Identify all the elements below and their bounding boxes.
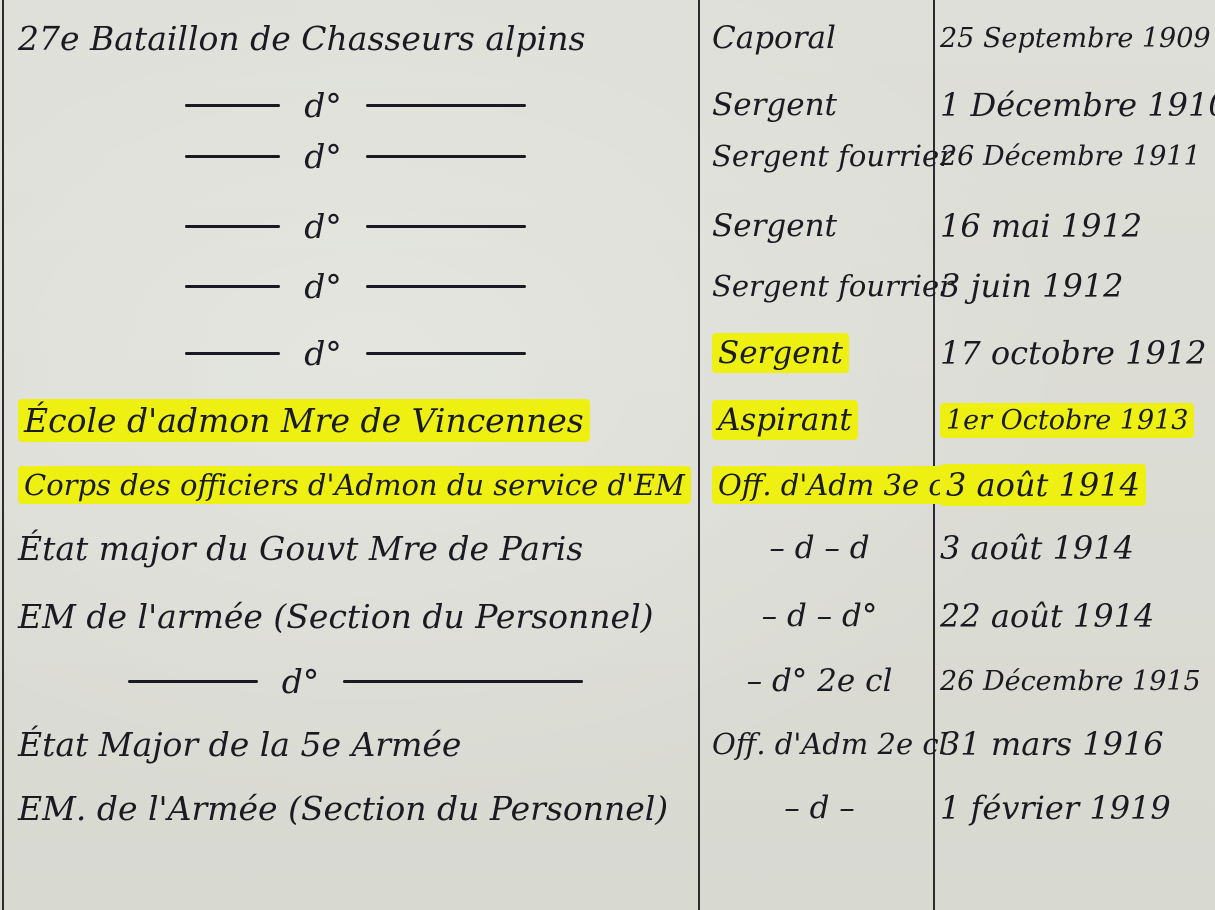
grade-cell: Off. d'Adm 2e cl — [712, 716, 927, 772]
register-row: État major du Gouvt Mre de Paris– d – d3… — [0, 520, 1215, 576]
ditto-line — [185, 352, 280, 355]
register-row: d°– d° 2e cl26 Décembre 1915 — [0, 653, 1215, 709]
date-cell: 17 octobre 1912 — [940, 325, 1210, 381]
grade-cell: – d° 2e cl — [712, 653, 927, 709]
ditto-line — [128, 680, 258, 683]
date-cell: 16 mai 1912 — [940, 198, 1210, 254]
unit-text: État major du Gouvt Mre de Paris — [18, 529, 583, 568]
grade-text: Caporal — [712, 20, 836, 56]
unit-cell: École d'admon Mre de Vincennes — [18, 392, 693, 448]
grade-cell: – d – d — [712, 520, 927, 576]
register-row: EM. de l'Armée (Section du Personnel)– d… — [0, 780, 1215, 836]
ditto-line — [366, 352, 526, 355]
unit-cell: d° — [18, 77, 693, 133]
grade-text: – d° 2e cl — [747, 663, 893, 699]
ditto-line — [366, 285, 526, 288]
register-row: d°Sergent fourrier3 juin 1912 — [0, 258, 1215, 314]
ditto-line — [343, 680, 583, 683]
register-row: 27e Bataillon de Chasseurs alpinsCaporal… — [0, 10, 1215, 66]
unit-cell: d° — [18, 258, 693, 314]
grade-cell: Sergent — [712, 198, 927, 254]
unit-cell: EM de l'armée (Section du Personnel) — [18, 588, 693, 644]
ditto-mark: d° — [304, 137, 342, 176]
unit-cell: d° — [18, 128, 693, 184]
register-row: État Major de la 5e ArméeOff. d'Adm 2e c… — [0, 716, 1215, 772]
date-text: 1 février 1919 — [940, 789, 1171, 827]
ditto-mark: d° — [282, 662, 320, 701]
ditto-line — [185, 104, 280, 107]
register-row: d°Sergent fourrier26 Décembre 1911 — [0, 128, 1215, 184]
date-text: 3 août 1914 — [940, 464, 1146, 506]
ditto-line — [185, 155, 280, 158]
date-text: 3 juin 1912 — [940, 267, 1124, 305]
date-cell: 1er Octobre 1913 — [940, 392, 1210, 448]
ditto-line — [185, 225, 280, 228]
grade-text: Sergent — [712, 333, 849, 373]
register-row: d°Sergent16 mai 1912 — [0, 198, 1215, 254]
date-text: 1er Octobre 1913 — [940, 403, 1194, 438]
date-text: 3 août 1914 — [940, 529, 1134, 567]
date-cell: 26 Décembre 1915 — [940, 653, 1210, 709]
date-cell: 25 Septembre 1909 — [940, 10, 1210, 66]
unit-cell: Corps des officiers d'Admon du service d… — [18, 457, 693, 513]
unit-cell: État major du Gouvt Mre de Paris — [18, 520, 693, 576]
ditto-line — [366, 225, 526, 228]
date-cell: 3 août 1914 — [940, 457, 1210, 513]
grade-text: Sergent — [712, 208, 837, 244]
grade-text: Sergent fourrier — [712, 139, 953, 173]
register-row: d°Sergent17 octobre 1912 — [0, 325, 1215, 381]
grade-cell: Sergent fourrier — [712, 258, 927, 314]
grade-text: Aspirant — [712, 400, 858, 440]
date-text: 31 mars 1916 — [940, 725, 1164, 763]
unit-text: État Major de la 5e Armée — [18, 725, 461, 764]
grade-text: – d – d° — [762, 598, 878, 634]
unit-cell: État Major de la 5e Armée — [18, 716, 693, 772]
register-row: École d'admon Mre de VincennesAspirant1e… — [0, 392, 1215, 448]
grade-cell: Sergent — [712, 325, 927, 381]
date-cell: 3 juin 1912 — [940, 258, 1210, 314]
ditto-mark: d° — [304, 86, 342, 125]
unit-text: École d'admon Mre de Vincennes — [18, 399, 590, 442]
grade-cell: Sergent — [712, 77, 927, 133]
unit-cell: d° — [18, 198, 693, 254]
grade-text: Off. d'Adm 2e cl — [712, 727, 948, 761]
grade-cell: Off. d'Adm 3e cl — [712, 457, 927, 513]
grade-text: Off. d'Adm 3e cl — [712, 466, 960, 504]
date-text: 1 Décembre 1910 — [940, 86, 1215, 124]
grade-cell: Caporal — [712, 10, 927, 66]
date-text: 17 octobre 1912 — [940, 334, 1207, 372]
date-text: 22 août 1914 — [940, 597, 1154, 635]
date-cell: 1 Décembre 1910 — [940, 77, 1210, 133]
grade-text: Sergent fourrier — [712, 269, 953, 303]
date-cell: 1 février 1919 — [940, 780, 1210, 836]
date-cell: 26 Décembre 1911 — [940, 128, 1210, 184]
unit-text: EM de l'armée (Section du Personnel) — [18, 597, 654, 636]
register-row: EM de l'armée (Section du Personnel)– d … — [0, 588, 1215, 644]
date-cell: 22 août 1914 — [940, 588, 1210, 644]
ditto-line — [185, 285, 280, 288]
grade-text: Sergent — [712, 87, 837, 123]
grade-cell: Aspirant — [712, 392, 927, 448]
register-row: Corps des officiers d'Admon du service d… — [0, 457, 1215, 513]
ditto-mark: d° — [304, 267, 342, 306]
date-text: 26 Décembre 1915 — [940, 666, 1201, 697]
register-page: 27e Bataillon de Chasseurs alpinsCaporal… — [0, 0, 1215, 910]
unit-text: 27e Bataillon de Chasseurs alpins — [18, 19, 585, 58]
grade-text: – d – d — [769, 530, 869, 566]
grade-cell: – d – — [712, 780, 927, 836]
date-text: 26 Décembre 1911 — [940, 141, 1201, 172]
date-text: 16 mai 1912 — [940, 207, 1142, 245]
ditto-line — [366, 155, 526, 158]
ditto-line — [366, 104, 526, 107]
grade-cell: Sergent fourrier — [712, 128, 927, 184]
date-text: 25 Septembre 1909 — [940, 23, 1211, 54]
register-row: d°Sergent1 Décembre 1910 — [0, 77, 1215, 133]
unit-cell: 27e Bataillon de Chasseurs alpins — [18, 10, 693, 66]
unit-text: Corps des officiers d'Admon du service d… — [18, 466, 691, 504]
grade-cell: – d – d° — [712, 588, 927, 644]
grade-text: – d – — [784, 790, 855, 826]
date-cell: 31 mars 1916 — [940, 716, 1210, 772]
ditto-mark: d° — [304, 334, 342, 373]
unit-text: EM. de l'Armée (Section du Personnel) — [18, 789, 668, 828]
date-cell: 3 août 1914 — [940, 520, 1210, 576]
unit-cell: d° — [18, 325, 693, 381]
unit-cell: EM. de l'Armée (Section du Personnel) — [18, 780, 693, 836]
unit-cell: d° — [18, 653, 693, 709]
ditto-mark: d° — [304, 207, 342, 246]
